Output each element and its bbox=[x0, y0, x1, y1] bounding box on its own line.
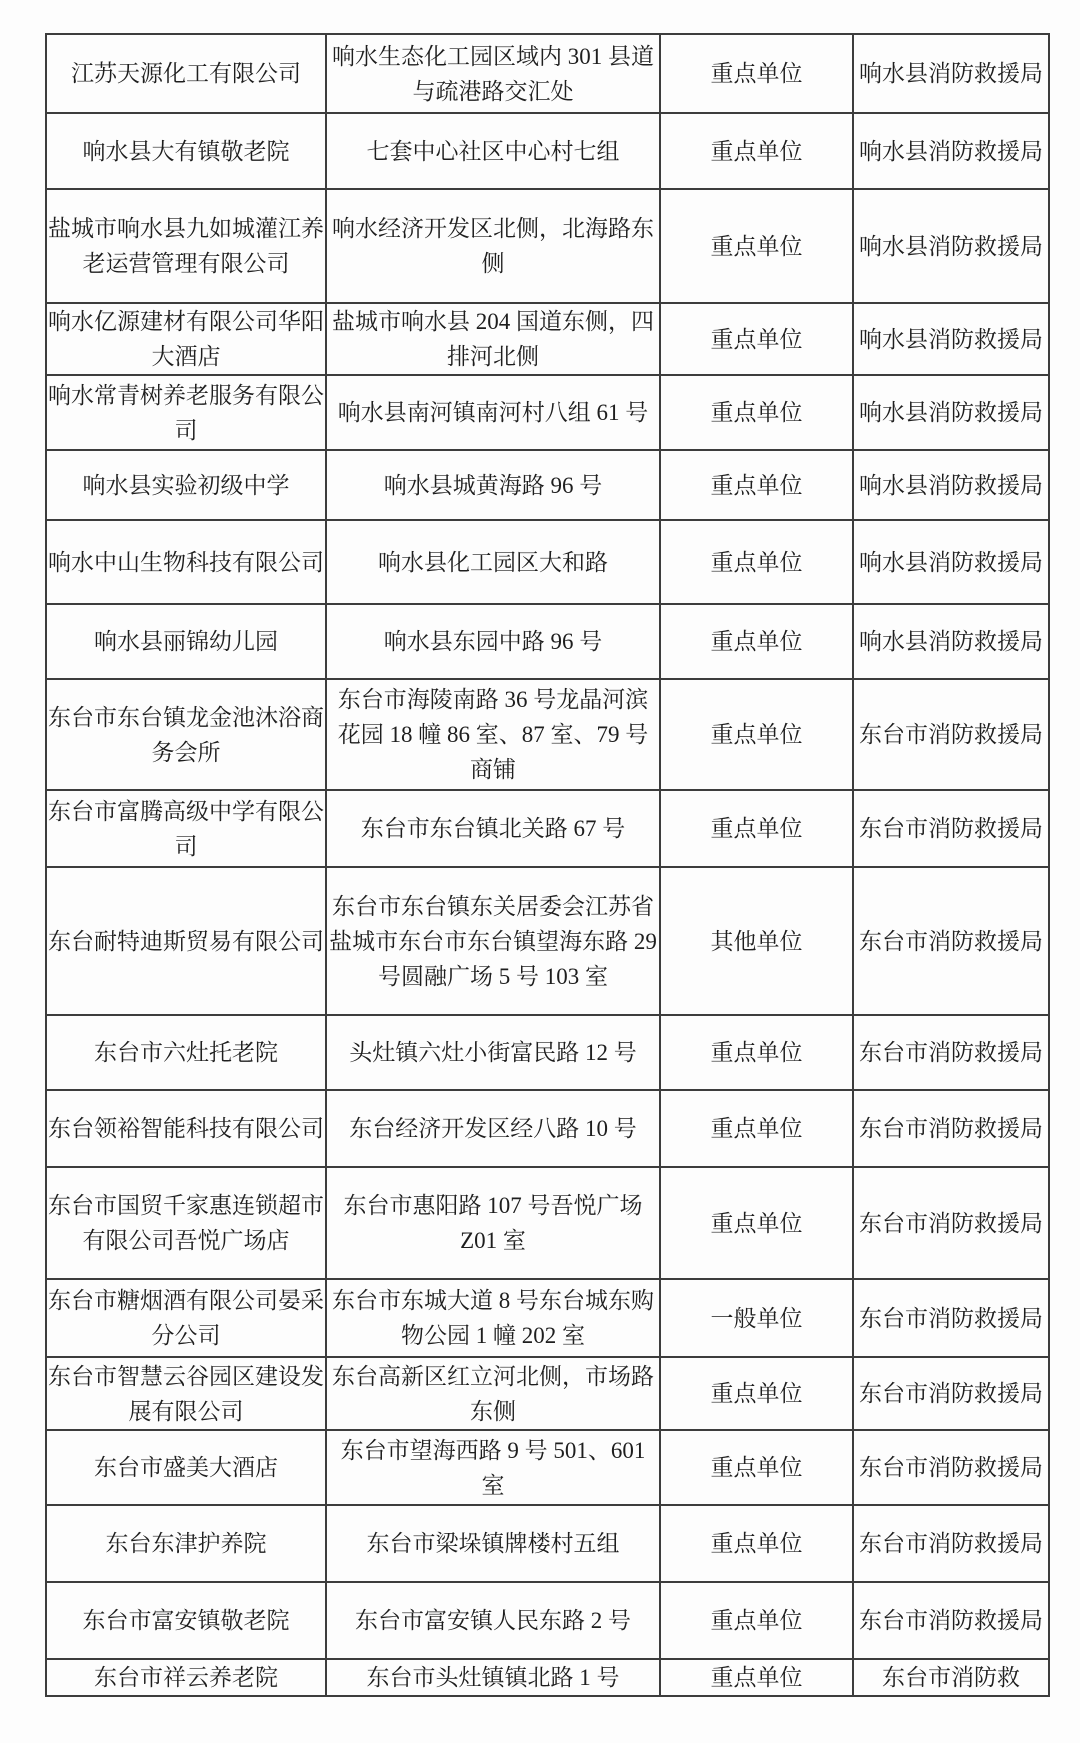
bureau-cell: 东台市消防救援局 bbox=[853, 1357, 1049, 1430]
address-cell: 东台市东台镇北关路 67 号 bbox=[326, 790, 660, 867]
address-cell: 盐城市响水县 204 国道东侧，四排河北侧 bbox=[326, 303, 660, 375]
address-cell: 响水县化工园区大和路 bbox=[326, 520, 660, 604]
unit-type-cell: 其他单位 bbox=[660, 867, 853, 1015]
bureau-cell: 响水县消防救援局 bbox=[853, 189, 1049, 303]
address-cell: 东台市头灶镇镇北路 1 号 bbox=[326, 1659, 660, 1696]
unit-name-cell: 东台市盛美大酒店 bbox=[46, 1430, 326, 1505]
table-row: 响水县大有镇敬老院 七套中心社区中心村七组 重点单位 响水县消防救援局 bbox=[46, 113, 1049, 189]
table-row: 东台市祥云养老院 东台市头灶镇镇北路 1 号 重点单位 东台市消防救 bbox=[46, 1659, 1049, 1696]
unit-type-cell: 重点单位 bbox=[660, 1659, 853, 1696]
unit-name-cell: 东台市国贸千家惠连锁超市有限公司吾悦广场店 bbox=[46, 1167, 326, 1279]
unit-type-cell: 重点单位 bbox=[660, 679, 853, 790]
bureau-cell: 东台市消防救援局 bbox=[853, 1090, 1049, 1167]
table-row: 响水亿源建材有限公司华阳大酒店 盐城市响水县 204 国道东侧，四排河北侧 重点… bbox=[46, 303, 1049, 375]
unit-type-cell: 重点单位 bbox=[660, 34, 853, 113]
address-cell: 响水县城黄海路 96 号 bbox=[326, 450, 660, 520]
table-row: 东台耐特迪斯贸易有限公司 东台市东台镇东关居委会江苏省盐城市东台市东台镇望海东路… bbox=[46, 867, 1049, 1015]
unit-name-cell: 响水常青树养老服务有限公司 bbox=[46, 375, 326, 450]
unit-name-cell: 响水县大有镇敬老院 bbox=[46, 113, 326, 189]
table-row: 东台市糖烟酒有限公司晏采分公司 东台市东城大道 8 号东台城东购物公园 1 幢 … bbox=[46, 1279, 1049, 1357]
unit-name-cell: 东台市六灶托老院 bbox=[46, 1015, 326, 1090]
unit-type-cell: 重点单位 bbox=[660, 1090, 853, 1167]
bureau-cell: 东台市消防救援局 bbox=[853, 1430, 1049, 1505]
address-cell: 响水县南河镇南河村八组 61 号 bbox=[326, 375, 660, 450]
table-row: 东台领裕智能科技有限公司 东台经济开发区经八路 10 号 重点单位 东台市消防救… bbox=[46, 1090, 1049, 1167]
table-row: 响水常青树养老服务有限公司 响水县南河镇南河村八组 61 号 重点单位 响水县消… bbox=[46, 375, 1049, 450]
address-cell: 响水经济开发区北侧，北海路东侧 bbox=[326, 189, 660, 303]
unit-type-cell: 重点单位 bbox=[660, 790, 853, 867]
table-row: 响水县实验初级中学 响水县城黄海路 96 号 重点单位 响水县消防救援局 bbox=[46, 450, 1049, 520]
table-row: 响水中山生物科技有限公司 响水县化工园区大和路 重点单位 响水县消防救援局 bbox=[46, 520, 1049, 604]
bureau-cell: 响水县消防救援局 bbox=[853, 450, 1049, 520]
unit-type-cell: 重点单位 bbox=[660, 1015, 853, 1090]
unit-type-cell: 重点单位 bbox=[660, 113, 853, 189]
bureau-cell: 东台市消防救援局 bbox=[853, 679, 1049, 790]
unit-type-cell: 重点单位 bbox=[660, 1430, 853, 1505]
address-cell: 东台市惠阳路 107 号吾悦广场 Z01 室 bbox=[326, 1167, 660, 1279]
table-row: 东台市富安镇敬老院 东台市富安镇人民东路 2 号 重点单位 东台市消防救援局 bbox=[46, 1582, 1049, 1659]
bureau-cell: 响水县消防救援局 bbox=[853, 604, 1049, 679]
address-cell: 东台市海陵南路 36 号龙晶河滨花园 18 幢 86 室、87 室、79 号商铺 bbox=[326, 679, 660, 790]
unit-name-cell: 东台市智慧云谷园区建设发展有限公司 bbox=[46, 1357, 326, 1430]
bureau-cell: 东台市消防救援局 bbox=[853, 1582, 1049, 1659]
bureau-cell: 响水县消防救援局 bbox=[853, 34, 1049, 113]
bureau-cell: 东台市消防救援局 bbox=[853, 790, 1049, 867]
bureau-cell: 东台市消防救 bbox=[853, 1659, 1049, 1696]
table-row: 东台市国贸千家惠连锁超市有限公司吾悦广场店 东台市惠阳路 107 号吾悦广场 Z… bbox=[46, 1167, 1049, 1279]
unit-type-cell: 重点单位 bbox=[660, 1505, 853, 1582]
bureau-cell: 响水县消防救援局 bbox=[853, 113, 1049, 189]
table-row: 盐城市响水县九如城灌江养老运营管理有限公司 响水经济开发区北侧，北海路东侧 重点… bbox=[46, 189, 1049, 303]
unit-type-cell: 重点单位 bbox=[660, 1582, 853, 1659]
address-cell: 东台经济开发区经八路 10 号 bbox=[326, 1090, 660, 1167]
bureau-cell: 东台市消防救援局 bbox=[853, 1167, 1049, 1279]
fire-safety-units-table: 江苏天源化工有限公司 响水生态化工园区域内 301 县道与疏港路交汇处 重点单位… bbox=[45, 33, 1050, 1697]
unit-name-cell: 东台领裕智能科技有限公司 bbox=[46, 1090, 326, 1167]
bureau-cell: 响水县消防救援局 bbox=[853, 520, 1049, 604]
unit-name-cell: 东台市祥云养老院 bbox=[46, 1659, 326, 1696]
address-cell: 东台市富安镇人民东路 2 号 bbox=[326, 1582, 660, 1659]
unit-type-cell: 一般单位 bbox=[660, 1279, 853, 1357]
unit-name-cell: 响水亿源建材有限公司华阳大酒店 bbox=[46, 303, 326, 375]
bureau-cell: 东台市消防救援局 bbox=[853, 1279, 1049, 1357]
unit-name-cell: 江苏天源化工有限公司 bbox=[46, 34, 326, 113]
address-cell: 东台市东城大道 8 号东台城东购物公园 1 幢 202 室 bbox=[326, 1279, 660, 1357]
document-page: 江苏天源化工有限公司 响水生态化工园区域内 301 县道与疏港路交汇处 重点单位… bbox=[0, 0, 1080, 1743]
unit-name-cell: 东台市糖烟酒有限公司晏采分公司 bbox=[46, 1279, 326, 1357]
unit-name-cell: 响水中山生物科技有限公司 bbox=[46, 520, 326, 604]
address-cell: 东台市梁垛镇牌楼村五组 bbox=[326, 1505, 660, 1582]
unit-type-cell: 重点单位 bbox=[660, 450, 853, 520]
unit-name-cell: 东台耐特迪斯贸易有限公司 bbox=[46, 867, 326, 1015]
address-cell: 东台高新区红立河北侧，市场路东侧 bbox=[326, 1357, 660, 1430]
table-row: 东台市智慧云谷园区建设发展有限公司 东台高新区红立河北侧，市场路东侧 重点单位 … bbox=[46, 1357, 1049, 1430]
bureau-cell: 东台市消防救援局 bbox=[853, 1015, 1049, 1090]
unit-name-cell: 东台东津护养院 bbox=[46, 1505, 326, 1582]
unit-type-cell: 重点单位 bbox=[660, 375, 853, 450]
unit-name-cell: 响水县丽锦幼儿园 bbox=[46, 604, 326, 679]
unit-name-cell: 盐城市响水县九如城灌江养老运营管理有限公司 bbox=[46, 189, 326, 303]
table-row: 东台市六灶托老院 头灶镇六灶小街富民路 12 号 重点单位 东台市消防救援局 bbox=[46, 1015, 1049, 1090]
table-row: 东台东津护养院 东台市梁垛镇牌楼村五组 重点单位 东台市消防救援局 bbox=[46, 1505, 1049, 1582]
unit-type-cell: 重点单位 bbox=[660, 303, 853, 375]
unit-type-cell: 重点单位 bbox=[660, 520, 853, 604]
table-row: 东台市富腾高级中学有限公司 东台市东台镇北关路 67 号 重点单位 东台市消防救… bbox=[46, 790, 1049, 867]
address-cell: 东台市东台镇东关居委会江苏省盐城市东台市东台镇望海东路 29 号圆融广场 5 号… bbox=[326, 867, 660, 1015]
unit-name-cell: 东台市富安镇敬老院 bbox=[46, 1582, 326, 1659]
bureau-cell: 东台市消防救援局 bbox=[853, 1505, 1049, 1582]
table-row: 东台市东台镇龙金池沐浴商务会所 东台市海陵南路 36 号龙晶河滨花园 18 幢 … bbox=[46, 679, 1049, 790]
address-cell: 响水县东园中路 96 号 bbox=[326, 604, 660, 679]
table-row: 东台市盛美大酒店 东台市望海西路 9 号 501、601 室 重点单位 东台市消… bbox=[46, 1430, 1049, 1505]
address-cell: 七套中心社区中心村七组 bbox=[326, 113, 660, 189]
unit-type-cell: 重点单位 bbox=[660, 1167, 853, 1279]
table-row: 江苏天源化工有限公司 响水生态化工园区域内 301 县道与疏港路交汇处 重点单位… bbox=[46, 34, 1049, 113]
address-cell: 东台市望海西路 9 号 501、601 室 bbox=[326, 1430, 660, 1505]
table-row: 响水县丽锦幼儿园 响水县东园中路 96 号 重点单位 响水县消防救援局 bbox=[46, 604, 1049, 679]
address-cell: 头灶镇六灶小街富民路 12 号 bbox=[326, 1015, 660, 1090]
unit-name-cell: 东台市富腾高级中学有限公司 bbox=[46, 790, 326, 867]
unit-type-cell: 重点单位 bbox=[660, 604, 853, 679]
unit-name-cell: 东台市东台镇龙金池沐浴商务会所 bbox=[46, 679, 326, 790]
unit-name-cell: 响水县实验初级中学 bbox=[46, 450, 326, 520]
address-cell: 响水生态化工园区域内 301 县道与疏港路交汇处 bbox=[326, 34, 660, 113]
bureau-cell: 响水县消防救援局 bbox=[853, 303, 1049, 375]
unit-type-cell: 重点单位 bbox=[660, 1357, 853, 1430]
bureau-cell: 响水县消防救援局 bbox=[853, 375, 1049, 450]
unit-type-cell: 重点单位 bbox=[660, 189, 853, 303]
bureau-cell: 东台市消防救援局 bbox=[853, 867, 1049, 1015]
